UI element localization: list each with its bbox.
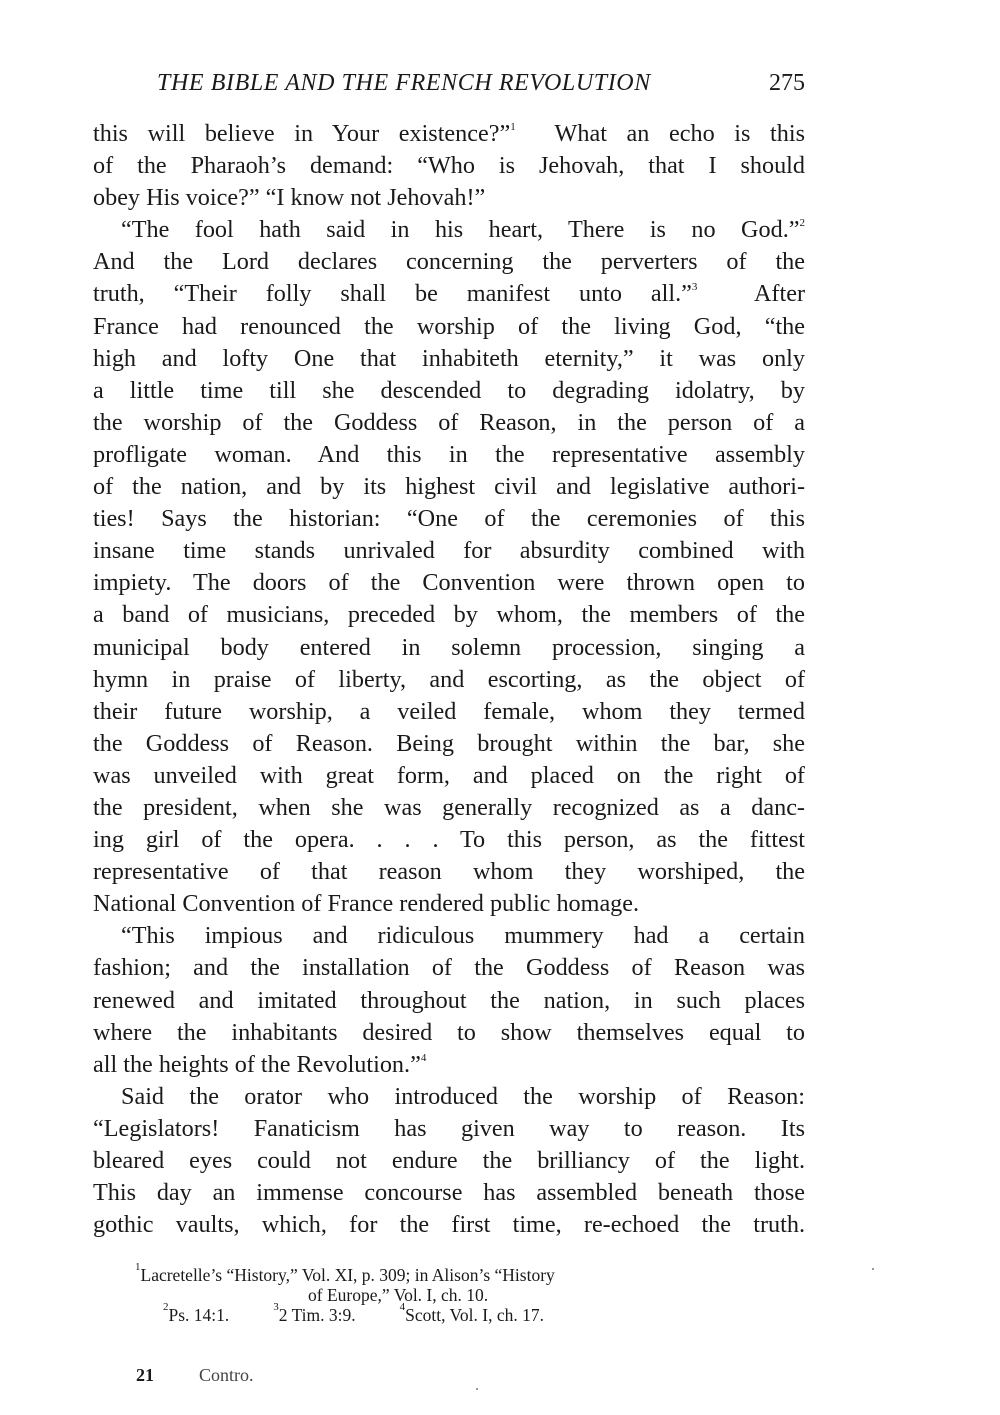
line-text: profligate woman. And this in the repres… [93, 441, 805, 468]
line-text: all the heights of the Revolution.” [93, 1051, 421, 1078]
text-line: ties! Says the historian: “One of the ce… [93, 503, 805, 535]
line-text: hymn in praise of liberty, and escorting… [93, 666, 805, 693]
line-text-after: After [697, 280, 805, 307]
footnote-text: Scott, Vol. I, ch. 17. [405, 1305, 544, 1325]
text-line: a little time till she descended to degr… [93, 375, 805, 407]
text-line: this will believe in Your existence?”1 W… [93, 118, 805, 150]
text-line: where the inhabitants desired to show th… [93, 1017, 805, 1049]
text-line: their future worship, a veiled female, w… [93, 696, 805, 728]
line-text: the Goddess of Reason. Being brought wit… [93, 730, 805, 757]
footnote-1: 1Lacretelle’s “History,” Vol. XI, p. 309… [93, 1265, 805, 1285]
printer-signature: 21Contro. [136, 1365, 254, 1386]
footnote-4: 4Scott, Vol. I, ch. 17. [400, 1305, 544, 1325]
line-text: their future worship, a veiled female, w… [93, 698, 805, 725]
text-line: fashion; and the installation of the God… [93, 952, 805, 984]
line-text: high and lofty One that inhabiteth etern… [93, 345, 805, 372]
signature-word: Contro. [199, 1365, 254, 1385]
line-text: insane time stands unrivaled for absurdi… [93, 537, 805, 564]
line-text: bleared eyes could not endure the brilli… [93, 1147, 805, 1174]
line-text: National Convention of France rendered p… [93, 890, 639, 917]
text-line: hymn in praise of liberty, and escorting… [93, 664, 805, 696]
line-text: obey His voice?” “I know not Jehovah!” [93, 184, 485, 211]
footnote-text: 2 Tim. 3:9. [279, 1305, 356, 1325]
text-line: was unveiled with great form, and placed… [93, 760, 805, 792]
line-text-after: What an echo is this [516, 120, 805, 147]
text-line: ing girl of the opera. . . . To this per… [93, 824, 805, 856]
text-line: truth, “Their folly shall be manifest un… [93, 278, 805, 310]
line-text: was unveiled with great form, and placed… [93, 762, 805, 789]
line-text: municipal body entered in solemn process… [93, 634, 805, 661]
scan-speck [872, 1268, 874, 1270]
text-line: France had renounced the worship of the … [93, 311, 805, 343]
text-line: National Convention of France rendered p… [93, 888, 805, 920]
text-line: gothic vaults, which, for the first time… [93, 1209, 805, 1241]
line-text: ties! Says the historian: “One of the ce… [93, 505, 805, 532]
footnotes-short-row: 2Ps. 14:1.32 Tim. 3:9.4Scott, Vol. I, ch… [93, 1305, 805, 1325]
page-number: 275 [769, 70, 805, 97]
text-line: And the Lord declares concerning the per… [93, 246, 805, 278]
text-line: of the nation, and by its highest civil … [93, 471, 805, 503]
footnote-text: Ps. 14:1. [169, 1305, 230, 1325]
footnote-ref: 4 [421, 1052, 427, 1064]
scan-speck [476, 1388, 478, 1390]
footnotes: 1Lacretelle’s “History,” Vol. XI, p. 309… [93, 1265, 805, 1325]
line-text: France had renounced the worship of the … [93, 313, 805, 340]
text-line: representative of that reason whom they … [93, 856, 805, 888]
text-line: This day an immense concourse has assemb… [93, 1177, 805, 1209]
text-line: bleared eyes could not endure the brilli… [93, 1145, 805, 1177]
text-line: of the Pharaoh’s demand: “Who is Jehovah… [93, 150, 805, 182]
signature-number: 21 [136, 1365, 199, 1386]
text-line: all the heights of the Revolution.”4 [93, 1049, 805, 1081]
text-line: obey His voice?” “I know not Jehovah!” [93, 182, 805, 214]
line-text: where the inhabitants desired to show th… [93, 1019, 805, 1046]
line-text: impiety. The doors of the Convention wer… [93, 569, 805, 596]
text-line: “This impious and ridiculous mummery had… [93, 920, 805, 952]
line-text: “The fool hath said in his heart, There … [121, 216, 800, 243]
text-line: “Legislators! Fanaticism has given way t… [93, 1113, 805, 1145]
text-line: the Goddess of Reason. Being brought wit… [93, 728, 805, 760]
body-text: this will believe in Your existence?”1 W… [93, 118, 805, 1241]
line-text: ing girl of the opera. . . . To this per… [93, 826, 805, 853]
text-line: Said the orator who introduced the worsh… [93, 1081, 805, 1113]
line-text: “This impious and ridiculous mummery had… [121, 922, 805, 949]
text-line: profligate woman. And this in the repres… [93, 439, 805, 471]
line-text: of the nation, and by its highest civil … [93, 473, 805, 500]
text-line: a band of musicians, preceded by whom, t… [93, 599, 805, 631]
text-line: impiety. The doors of the Convention wer… [93, 567, 805, 599]
line-text: the president, when she was generally re… [93, 794, 805, 821]
text-line: renewed and imitated throughout the nati… [93, 985, 805, 1017]
line-text: representative of that reason whom they … [93, 858, 805, 885]
footnote-1-continuation: of Europe,” Vol. I, ch. 10. [93, 1285, 805, 1305]
line-text: renewed and imitated throughout the nati… [93, 987, 805, 1014]
line-text: Said the orator who introduced the worsh… [121, 1083, 805, 1110]
line-text: this will believe in Your existence?” [93, 120, 510, 147]
footnote-ref: 2 [800, 217, 806, 229]
line-text: And the Lord declares concerning the per… [93, 248, 805, 275]
footnote-text: Lacretelle’s “History,” Vol. XI, p. 309;… [141, 1265, 555, 1285]
text-line: “The fool hath said in his heart, There … [93, 214, 805, 246]
text-line: insane time stands unrivaled for absurdi… [93, 535, 805, 567]
text-line: the worship of the Goddess of Reason, in… [93, 407, 805, 439]
line-text: “Legislators! Fanaticism has given way t… [93, 1115, 805, 1142]
line-text: truth, “Their folly shall be manifest un… [93, 280, 692, 307]
line-text: gothic vaults, which, for the first time… [93, 1211, 805, 1238]
line-text: the worship of the Goddess of Reason, in… [93, 409, 805, 436]
text-line: high and lofty One that inhabiteth etern… [93, 343, 805, 375]
text-line: municipal body entered in solemn process… [93, 632, 805, 664]
footnote-2: 2Ps. 14:1. [163, 1305, 229, 1325]
line-text: fashion; and the installation of the God… [93, 954, 805, 981]
text-line: the president, when she was generally re… [93, 792, 805, 824]
line-text: a band of musicians, preceded by whom, t… [93, 601, 805, 628]
footnote-3: 32 Tim. 3:9. [273, 1305, 355, 1325]
line-text: a little time till she descended to degr… [93, 377, 805, 404]
running-title: THE BIBLE AND THE FRENCH REVOLUTION [157, 70, 651, 97]
line-text: of the Pharaoh’s demand: “Who is Jehovah… [93, 152, 805, 179]
running-head: THE BIBLE AND THE FRENCH REVOLUTION 275 [93, 70, 805, 104]
line-text: This day an immense concourse has assemb… [93, 1179, 805, 1206]
